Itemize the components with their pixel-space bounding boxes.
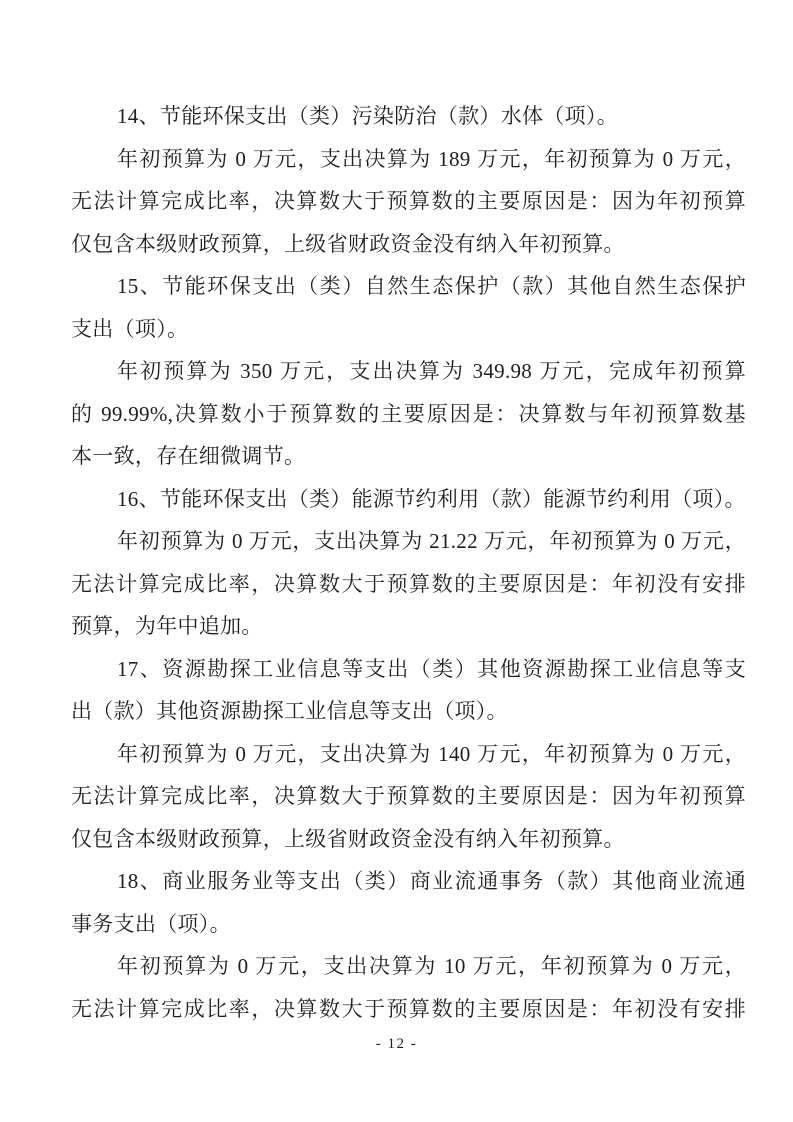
item-16-heading-line-1: 16、节能环保支出（类）能源节约利用（款）能源节约利用（项）。 [71, 478, 746, 521]
item-18-heading-line-1: 18、商业服务业等支出（类）商业流通事务（款）其他商业流通 [71, 860, 746, 903]
item-18-body-line-1: 年初预算为 0 万元，支出决算为 10 万元，年初预算为 0 万元， [71, 945, 746, 988]
page-number: - 12 - [0, 1036, 793, 1053]
item-14-body-line-1: 年初预算为 0 万元，支出决算为 189 万元，年初预算为 0 万元， [71, 138, 746, 181]
document-page: 14、节能环保支出（类）污染防治（款）水体（项）。 年初预算为 0 万元，支出决… [0, 0, 793, 1122]
item-15-body-line-1: 年初预算为 350 万元，支出决算为 349.98 万元，完成年初预算 [71, 350, 746, 393]
item-14-heading-line-1: 14、节能环保支出（类）污染防治（款）水体（项）。 [71, 95, 746, 138]
item-14-body-line-2: 无法计算完成比率，决算数大于预算数的主要原因是：因为年初预算 [71, 180, 746, 223]
item-15-heading-line-2: 支出（项）。 [71, 308, 746, 351]
item-17-body-line-3: 仅包含本级财政预算，上级省财政资金没有纳入年初预算。 [71, 818, 746, 861]
item-17-heading-line-1: 17、资源勘探工业信息等支出（类）其他资源勘探工业信息等支 [71, 648, 746, 691]
item-16-body-line-3: 预算，为年中追加。 [71, 605, 746, 648]
item-17-heading-line-2: 出（款）其他资源勘探工业信息等支出（项）。 [71, 690, 746, 733]
item-18-body-line-2: 无法计算完成比率，决算数大于预算数的主要原因是：年初没有安排 [71, 988, 746, 1031]
item-15-heading-line-1: 15、节能环保支出（类）自然生态保护（款）其他自然生态保护 [71, 265, 746, 308]
item-16-body-line-2: 无法计算完成比率，决算数大于预算数的主要原因是：年初没有安排 [71, 563, 746, 606]
item-17-body-line-1: 年初预算为 0 万元，支出决算为 140 万元，年初预算为 0 万元， [71, 733, 746, 776]
item-14-body-line-3: 仅包含本级财政预算，上级省财政资金没有纳入年初预算。 [71, 223, 746, 266]
item-17-body-line-2: 无法计算完成比率，决算数大于预算数的主要原因是：因为年初预算 [71, 775, 746, 818]
item-18-heading-line-2: 事务支出（项）。 [71, 903, 746, 946]
item-15-body-line-3: 本一致，存在细微调节。 [71, 435, 746, 478]
item-15-body-line-2: 的 99.99%,决算数小于预算数的主要原因是：决算数与年初预算数基 [71, 393, 746, 436]
document-body: 14、节能环保支出（类）污染防治（款）水体（项）。 年初预算为 0 万元，支出决… [71, 95, 746, 1030]
item-16-body-line-1: 年初预算为 0 万元，支出决算为 21.22 万元，年初预算为 0 万元， [71, 520, 746, 563]
